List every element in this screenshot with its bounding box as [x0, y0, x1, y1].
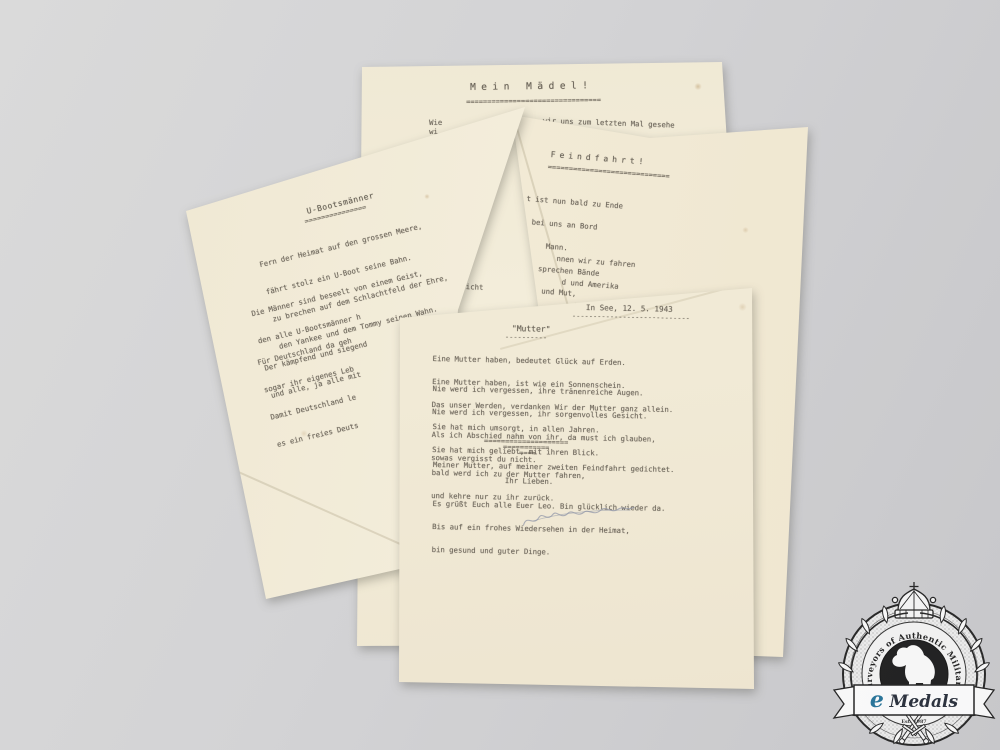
brand-medals: Medals [889, 692, 959, 712]
poem-line: Sie hat mich umsorgt, in allen Jahren. [433, 423, 600, 434]
closing-salute: Ihr Lieben. [505, 477, 553, 486]
closing-line: bin gesund und guter Dinge. [432, 546, 665, 558]
watermark-logo: Purveyors of Authentic Militaria [828, 580, 1000, 750]
banner-ribbon: e Medals [834, 685, 994, 718]
est-text: Est. 1987 [901, 719, 926, 725]
crown-icon [892, 582, 935, 618]
title-underline: ---------- [505, 334, 547, 341]
stain-spot [738, 303, 747, 311]
brand-e: e [870, 687, 884, 713]
page-title: "Mutter" [512, 325, 551, 333]
poem-line: Nie werd ich vergessen, ihre tränenreich… [433, 385, 657, 397]
poem-line: Eine Mutter haben, bedeutet Glück auf Er… [433, 355, 675, 368]
photo-scene: Mein Mädel! ============================… [0, 0, 1000, 750]
separator-row: ==== [519, 450, 536, 456]
date-underline: ---------------------------- [572, 313, 690, 321]
